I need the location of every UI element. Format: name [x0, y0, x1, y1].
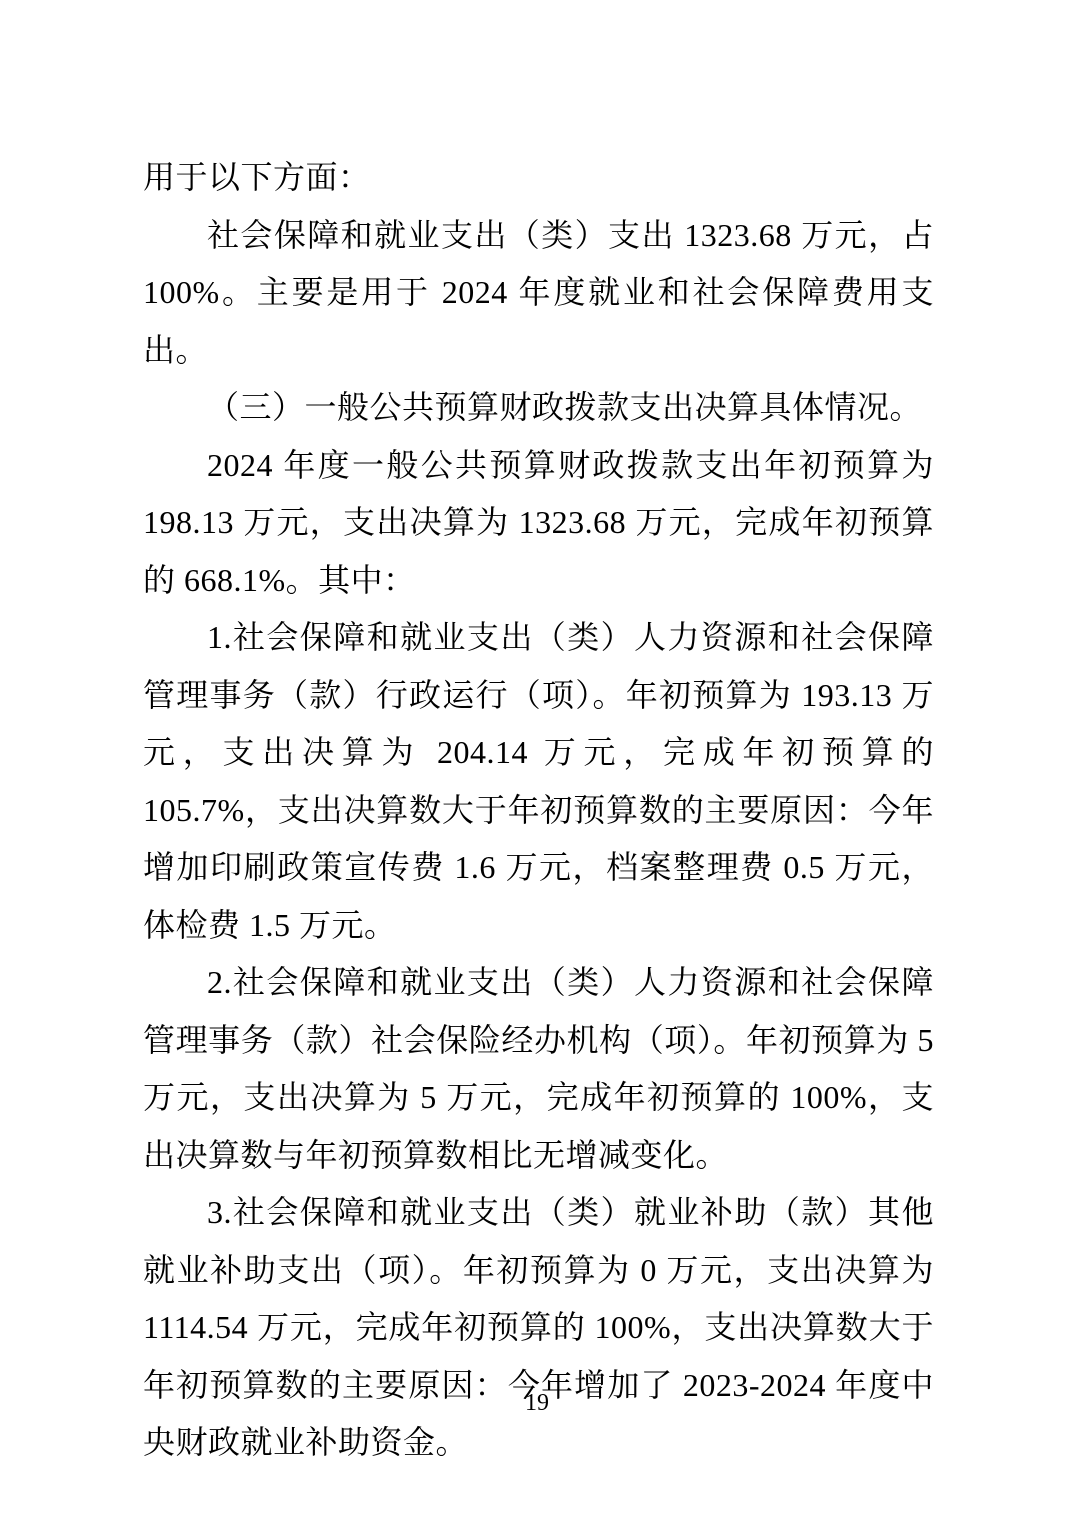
document-body: 用于以下方面：社会保障和就业支出（类）支出 1323.68 万元，占 100%。…: [143, 149, 934, 1472]
paragraph: （三）一般公共预算财政拨款支出决算具体情况。: [143, 379, 934, 437]
page-footer: 19: [0, 1388, 1074, 1418]
paragraph: 2.社会保障和就业支出（类）人力资源和社会保障管理事务（款）社会保险经办机构（项…: [143, 954, 934, 1184]
page-number: 19: [525, 1390, 549, 1416]
paragraph: 3.社会保障和就业支出（类）就业补助（款）其他就业补助支出（项）。年初预算为 0…: [143, 1184, 934, 1472]
paragraph: 2024 年度一般公共预算财政拨款支出年初预算为 198.13 万元，支出决算为…: [143, 437, 934, 610]
paragraph: 社会保障和就业支出（类）支出 1323.68 万元，占 100%。主要是用于 2…: [143, 207, 934, 380]
paragraph: 用于以下方面：: [143, 149, 934, 207]
paragraph: 1.社会保障和就业支出（类）人力资源和社会保障管理事务（款）行政运行（项）。年初…: [143, 609, 934, 954]
document-page: 用于以下方面：社会保障和就业支出（类）支出 1323.68 万元，占 100%。…: [0, 0, 1074, 1520]
